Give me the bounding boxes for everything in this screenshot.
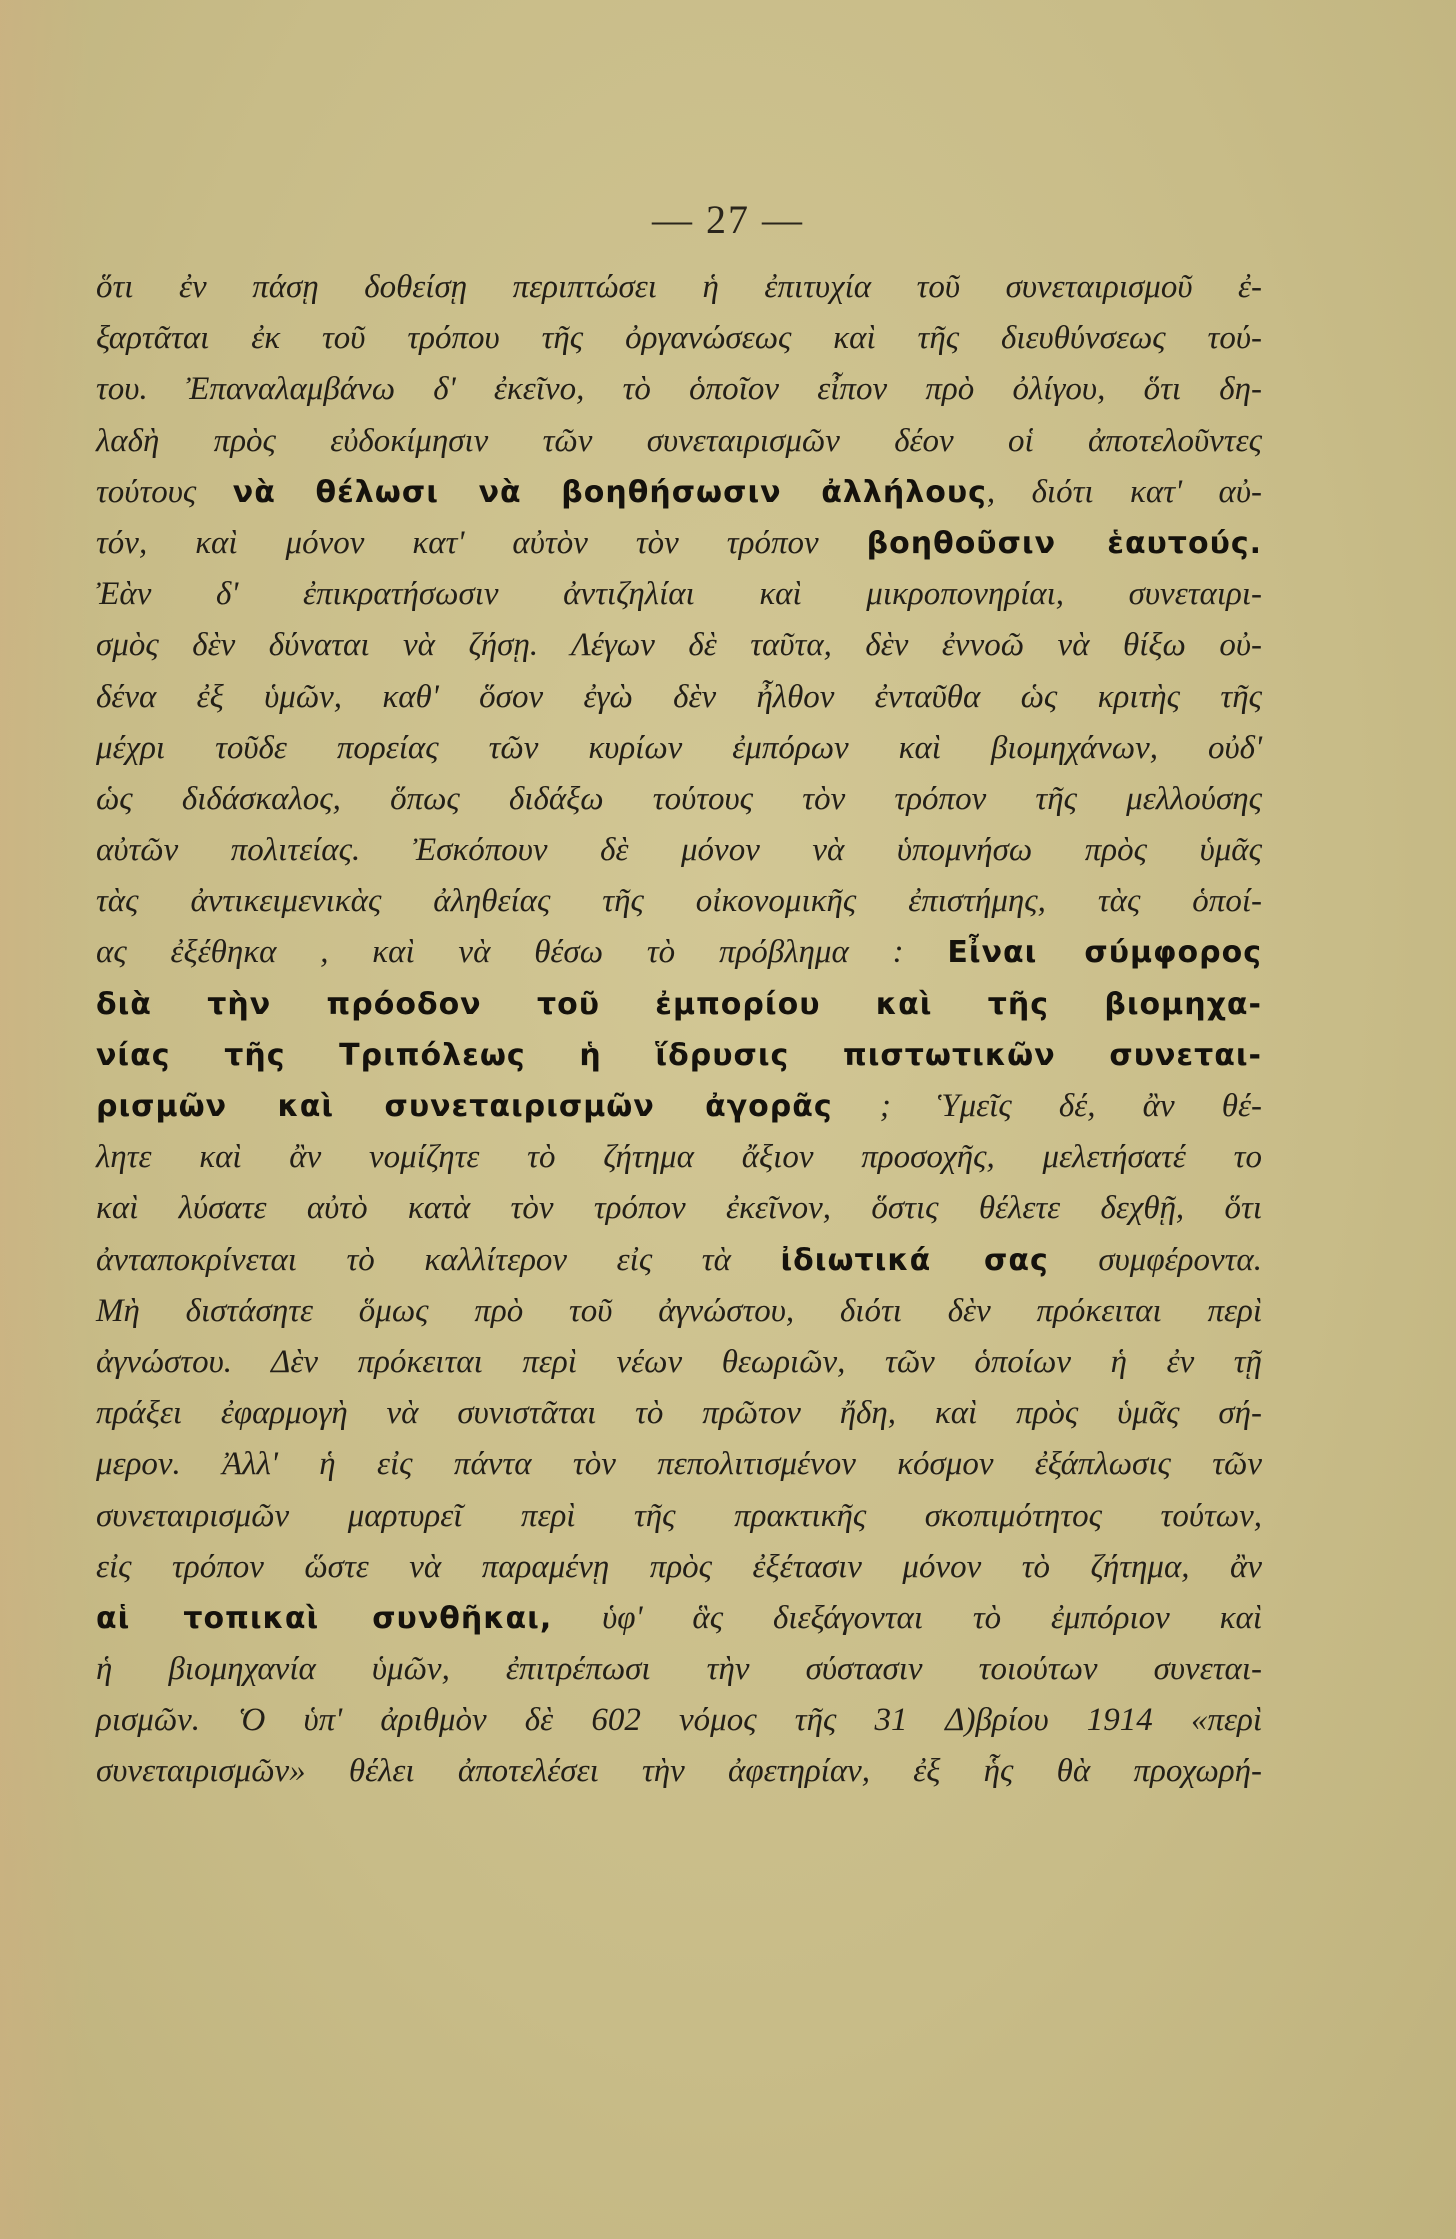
emphasized-text: νὰ θέλωσι νὰ βοηθήσωσιν ἀλλήλους (233, 475, 987, 510)
emphasized-text: νίας τῆς Τριπόλεως ἡ ἵδρυσις πιστωτικῶν … (96, 1038, 1262, 1073)
text-line: ἀνταποκρίνεται τὸ καλλίτερον εἰς τὰ ἰδιω… (96, 1235, 1262, 1286)
emphasized-text: ρισμῶν καὶ συνεταιρισμῶν ἀγορᾶς (96, 1089, 833, 1124)
body-text-segment: καὶ λύσατε αὐτὸ κατὰ τὸν τρόπον ἐκεῖνον,… (96, 1190, 1262, 1226)
text-line: ὅτι ἐν πάσῃ δοθείσῃ περιπτώσει ἡ ἐπιτυχί… (96, 262, 1262, 313)
text-line: ας ἐξέθηκα , καὶ νὰ θέσω τὸ πρόβλημα : Ε… (96, 927, 1262, 978)
body-text-segment: δένα ἐξ ὑμῶν, καθ' ὅσον ἐγὼ δὲν ἦλθον ἐν… (96, 679, 1262, 715)
body-text-segment: ἡ βιομηχανία ὑμῶν, ἐπιτρέπωσι τὴν σύστασ… (96, 1651, 1262, 1687)
body-text-segment: συνεταιρισμῶν» θέλει ἀποτελέσει τὴν ἀφετ… (96, 1753, 1262, 1789)
emphasized-text: βοηθοῦσιν ἑαυτούς. (867, 526, 1262, 561)
book-page: — 27 — ὅτι ἐν πάσῃ δοθείσῃ περιπτώσει ἡ … (0, 0, 1456, 2239)
text-line: διὰ τὴν πρόοδον τοῦ ἐμπορίου καὶ τῆς βιο… (96, 979, 1262, 1030)
body-text-segment: , διότι κατ' αὐ- (987, 474, 1262, 510)
body-text-segment: αὐτῶν πολιτείας. Ἐσκόπουν δὲ μόνον νὰ ὑπ… (96, 832, 1262, 868)
text-line: τόν, καὶ μόνον κατ' αὐτὸν τὸν τρόπον βοη… (96, 518, 1262, 569)
body-text-segment: Μὴ διστάσητε ὅμως πρὸ τοῦ ἀγνώστου, διότ… (96, 1293, 1262, 1329)
body-text: ὅτι ἐν πάσῃ δοθείσῃ περιπτώσει ἡ ἐπιτυχί… (96, 262, 1262, 1798)
text-line: δένα ἐξ ὑμῶν, καθ' ὅσον ἐγὼ δὲν ἦλθον ἐν… (96, 672, 1262, 723)
text-line: αὐτῶν πολιτείας. Ἐσκόπουν δὲ μόνον νὰ ὑπ… (96, 825, 1262, 876)
body-text-segment: μέχρι τοῦδε πορείας τῶν κυρίων ἐμπόρων κ… (96, 730, 1262, 766)
body-text-segment: εἰς τρόπον ὥστε νὰ παραμένῃ πρὸς ἐξέτασι… (96, 1549, 1262, 1585)
text-line: ρισμῶν καὶ συνεταιρισμῶν ἀγορᾶς ; Ὑμεῖς … (96, 1081, 1262, 1132)
body-text-segment: ἀγνώστου. Δὲν πρόκειται περὶ νέων θεωριῶ… (96, 1344, 1262, 1380)
emphasized-text: διὰ τὴν πρόοδον τοῦ ἐμπορίου καὶ τῆς βιο… (96, 987, 1262, 1022)
body-text-segment: πράξει ἐφαρμογὴ νὰ συνιστᾶται τὸ πρῶτον … (96, 1395, 1262, 1431)
body-text-segment: λαδὴ πρὸς εὐδοκίμησιν τῶν συνεταιρισμῶν … (96, 423, 1262, 459)
text-line: Ἐὰν δ' ἐπικρατήσωσιν ἀντιζηλίαι καὶ μικρ… (96, 569, 1262, 620)
text-line: ὡς διδάσκαλος, ὅπως διδάξω τούτους τὸν τ… (96, 774, 1262, 825)
body-text-segment: ; Ὑμεῖς δέ, ἂν θέ- (833, 1088, 1262, 1124)
body-text-segment: μερον. Ἀλλ' ἡ εἰς πάντα τὸν πεπολιτισμέν… (96, 1446, 1262, 1482)
text-line: λαδὴ πρὸς εὐδοκίμησιν τῶν συνεταιρισμῶν … (96, 416, 1262, 467)
text-line: τὰς ἀντικειμενικὰς ἀληθείας τῆς οἰκονομι… (96, 876, 1262, 927)
body-text-segment: ὅτι ἐν πάσῃ δοθείσῃ περιπτώσει ἡ ἐπιτυχί… (96, 269, 1262, 305)
body-text-segment: σμὸς δὲν δύναται νὰ ζήσῃ. Λέγων δὲ ταῦτα… (96, 627, 1262, 663)
body-text-segment: συμφέροντα. (1049, 1242, 1262, 1278)
text-line: νίας τῆς Τριπόλεως ἡ ἵδρυσις πιστωτικῶν … (96, 1030, 1262, 1081)
text-line: ρισμῶν. Ὁ ὑπ' ἀριθμὸν δὲ 602 νόμος τῆς 3… (96, 1695, 1262, 1746)
body-text-segment: ρισμῶν. Ὁ ὑπ' ἀριθμὸν δὲ 602 νόμος τῆς 3… (96, 1702, 1262, 1738)
text-line: ξαρτᾶται ἐκ τοῦ τρόπου τῆς ὀργανώσεως κα… (96, 313, 1262, 364)
body-text-segment: του. Ἐπαναλαμβάνω δ' ἐκεῖνο, τὸ ὁποῖον ε… (96, 371, 1262, 407)
text-line: Μὴ διστάσητε ὅμως πρὸ τοῦ ἀγνώστου, διότ… (96, 1286, 1262, 1337)
text-line: ἡ βιομηχανία ὑμῶν, ἐπιτρέπωσι τὴν σύστασ… (96, 1644, 1262, 1695)
emphasized-text: Εἶναι σύμφορος (947, 935, 1262, 970)
text-line: σμὸς δὲν δύναται νὰ ζήσῃ. Λέγων δὲ ταῦτα… (96, 620, 1262, 671)
body-text-segment: ὑφ' ἃς διεξάγονται τὸ ἐμπόριον καὶ (552, 1600, 1262, 1636)
text-line: συνεταιρισμῶν μαρτυρεῖ περὶ τῆς πρακτικῆ… (96, 1491, 1262, 1542)
emphasized-text: αἱ τοπικαὶ συνθῆκαι, (96, 1601, 552, 1636)
text-line: καὶ λύσατε αὐτὸ κατὰ τὸν τρόπον ἐκεῖνον,… (96, 1183, 1262, 1234)
body-text-segment: συνεταιρισμῶν μαρτυρεῖ περὶ τῆς πρακτικῆ… (96, 1498, 1262, 1534)
text-line: συνεταιρισμῶν» θέλει ἀποτελέσει τὴν ἀφετ… (96, 1746, 1262, 1797)
body-text-segment: ὡς διδάσκαλος, ὅπως διδάξω τούτους τὸν τ… (96, 781, 1262, 817)
body-text-segment: ἀνταποκρίνεται τὸ καλλίτερον εἰς τὰ (96, 1242, 780, 1278)
text-line: μερον. Ἀλλ' ἡ εἰς πάντα τὸν πεπολιτισμέν… (96, 1439, 1262, 1490)
body-text-segment: λητε καὶ ἂν νομίζητε τὸ ζήτημα ἄξιον προ… (96, 1139, 1262, 1175)
text-line: λητε καὶ ἂν νομίζητε τὸ ζήτημα ἄξιον προ… (96, 1132, 1262, 1183)
text-line: ἀγνώστου. Δὲν πρόκειται περὶ νέων θεωριῶ… (96, 1337, 1262, 1388)
text-line: μέχρι τοῦδε πορείας τῶν κυρίων ἐμπόρων κ… (96, 723, 1262, 774)
body-text-segment: ας ἐξέθηκα , καὶ νὰ θέσω τὸ πρόβλημα : (96, 934, 947, 970)
text-line: εἰς τρόπον ὥστε νὰ παραμένῃ πρὸς ἐξέτασι… (96, 1542, 1262, 1593)
text-line: πράξει ἐφαρμογὴ νὰ συνιστᾶται τὸ πρῶτον … (96, 1388, 1262, 1439)
text-line: του. Ἐπαναλαμβάνω δ' ἐκεῖνο, τὸ ὁποῖον ε… (96, 364, 1262, 415)
text-line: τούτους νὰ θέλωσι νὰ βοηθήσωσιν ἀλλήλους… (96, 467, 1262, 518)
body-text-segment: τόν, καὶ μόνον κατ' αὐτὸν τὸν τρόπον (96, 525, 867, 561)
body-text-segment: ξαρτᾶται ἐκ τοῦ τρόπου τῆς ὀργανώσεως κα… (96, 320, 1262, 356)
page-number: — 27 — (0, 196, 1456, 243)
text-line: αἱ τοπικαὶ συνθῆκαι, ὑφ' ἃς διεξάγονται … (96, 1593, 1262, 1644)
body-text-segment: Ἐὰν δ' ἐπικρατήσωσιν ἀντιζηλίαι καὶ μικρ… (96, 576, 1262, 612)
emphasized-text: ἰδιωτικά σας (780, 1243, 1048, 1278)
body-text-segment: τὰς ἀντικειμενικὰς ἀληθείας τῆς οἰκονομι… (96, 883, 1262, 919)
body-text-segment: τούτους (96, 474, 233, 510)
